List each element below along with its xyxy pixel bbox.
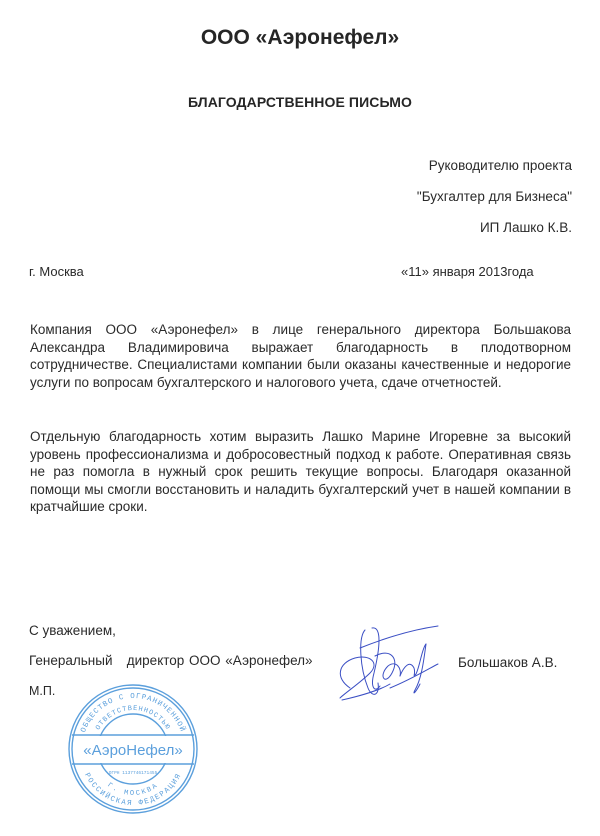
company-title: ООО «Аэронефел»: [0, 26, 600, 50]
signer-position: Генеральный директор ООО «Аэронефел»: [29, 653, 313, 668]
letter-date: «11» января 2013года: [401, 264, 534, 279]
closing-phrase: С уважением,: [29, 623, 116, 638]
recipient-position: Руководителю проекта: [429, 158, 572, 173]
company-stamp-icon: ОБЩЕСТВО С ОГРАНИЧЕННОЙ ОТВЕТСТВЕННОСТЬЮ…: [66, 682, 200, 816]
body-paragraph-1: Компания ООО «Аэронефел» в лице генераль…: [30, 321, 571, 391]
svg-text:ОГРН 1137746171455: ОГРН 1137746171455: [109, 770, 158, 776]
stamp-center-text: «АэроНефел»: [83, 742, 182, 759]
body-paragraph-2: Отдельную благодарность хотим выразить Л…: [30, 428, 571, 516]
signer-name: Большаков А.В.: [458, 655, 557, 670]
signature-icon: [330, 618, 440, 706]
seal-label: М.П.: [29, 684, 55, 698]
city: г. Москва: [29, 264, 84, 279]
recipient-project: "Бухгалтер для Бизнеса": [417, 189, 572, 204]
recipient-name: ИП Лашко К.В.: [480, 220, 572, 235]
letter-title: БЛАГОДАРСТВЕННОЕ ПИСЬМО: [0, 94, 600, 110]
